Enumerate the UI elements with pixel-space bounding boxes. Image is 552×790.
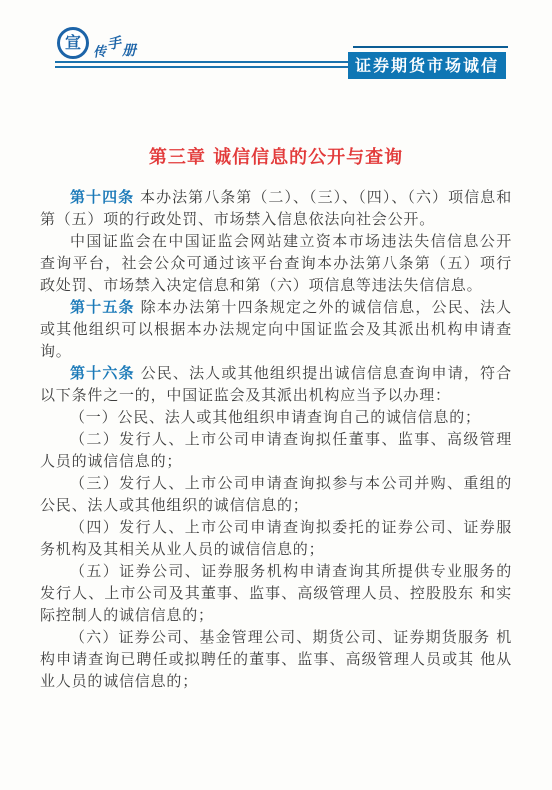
paragraph: （三）发行人、上市公司申请查询拟参与本公司并购、重组的公民、法人或其他组织的诚信… xyxy=(40,472,512,516)
handbook-logo: 宣 传手册 xyxy=(57,27,137,59)
paragraph: （六）证券公司、基金管理公司、期货公司、证券期货服务 机构申请查询已聘任或拟聘任… xyxy=(40,626,512,692)
paragraph: （二）发行人、上市公司申请查询拟任董事、监事、高级管理人员的诚信信息的； xyxy=(40,428,512,472)
logo-script-char: 册 xyxy=(122,40,137,60)
chapter-title: 第三章 诚信信息的公开与查询 xyxy=(0,143,552,169)
logo-script-text: 传手册 xyxy=(93,35,137,55)
paragraph: 第十六条 公民、法人或其他组织提出诚信信息查询申请，符合以下条件之一的，中国证监… xyxy=(40,362,512,406)
article-number: 第十四条 xyxy=(70,188,134,206)
paragraph: 中国证监会在中国证监会网站建立资本市场违法失信信息公开查询平台，社会公众可通过该… xyxy=(40,230,512,296)
paragraph: （四）发行人、上市公司申请查询拟委托的证券公司、证券服务机构及其相关从业人员的诚… xyxy=(40,516,512,560)
document-page: 宣 传手册 证券期货市场诚信 第三章 诚信信息的公开与查询 第十四条 本办法第八… xyxy=(0,0,552,790)
paragraph: 第十四条 本办法第八条第（二）、（三）、（四）、（六）项信息和第（五）项的行政处… xyxy=(40,186,512,230)
paragraph: （一）公民、法人或其他组织申请查询自己的诚信信息的； xyxy=(40,406,512,428)
logo-script-char: 手 xyxy=(106,32,124,54)
article-number: 第十六条 xyxy=(70,364,135,382)
banner-accent-line xyxy=(353,46,508,48)
article-number: 第十五条 xyxy=(70,298,135,316)
paragraph: 第十五条 除本办法第十四条规定之外的诚信信息，公民、法人或其他组织可以根据本办法… xyxy=(40,296,512,362)
logo-script-char: 传 xyxy=(92,40,108,60)
section-banner: 证券期货市场诚信 xyxy=(348,52,506,79)
header-divider-line xyxy=(55,61,351,68)
document-body: 第十四条 本办法第八条第（二）、（三）、（四）、（六）项信息和第（五）项的行政处… xyxy=(40,186,512,692)
seal-icon: 宣 xyxy=(57,27,89,59)
paragraph: （五）证券公司、证券服务机构申请查询其所提供专业服务的发行人、上市公司及其董事、… xyxy=(40,560,512,626)
